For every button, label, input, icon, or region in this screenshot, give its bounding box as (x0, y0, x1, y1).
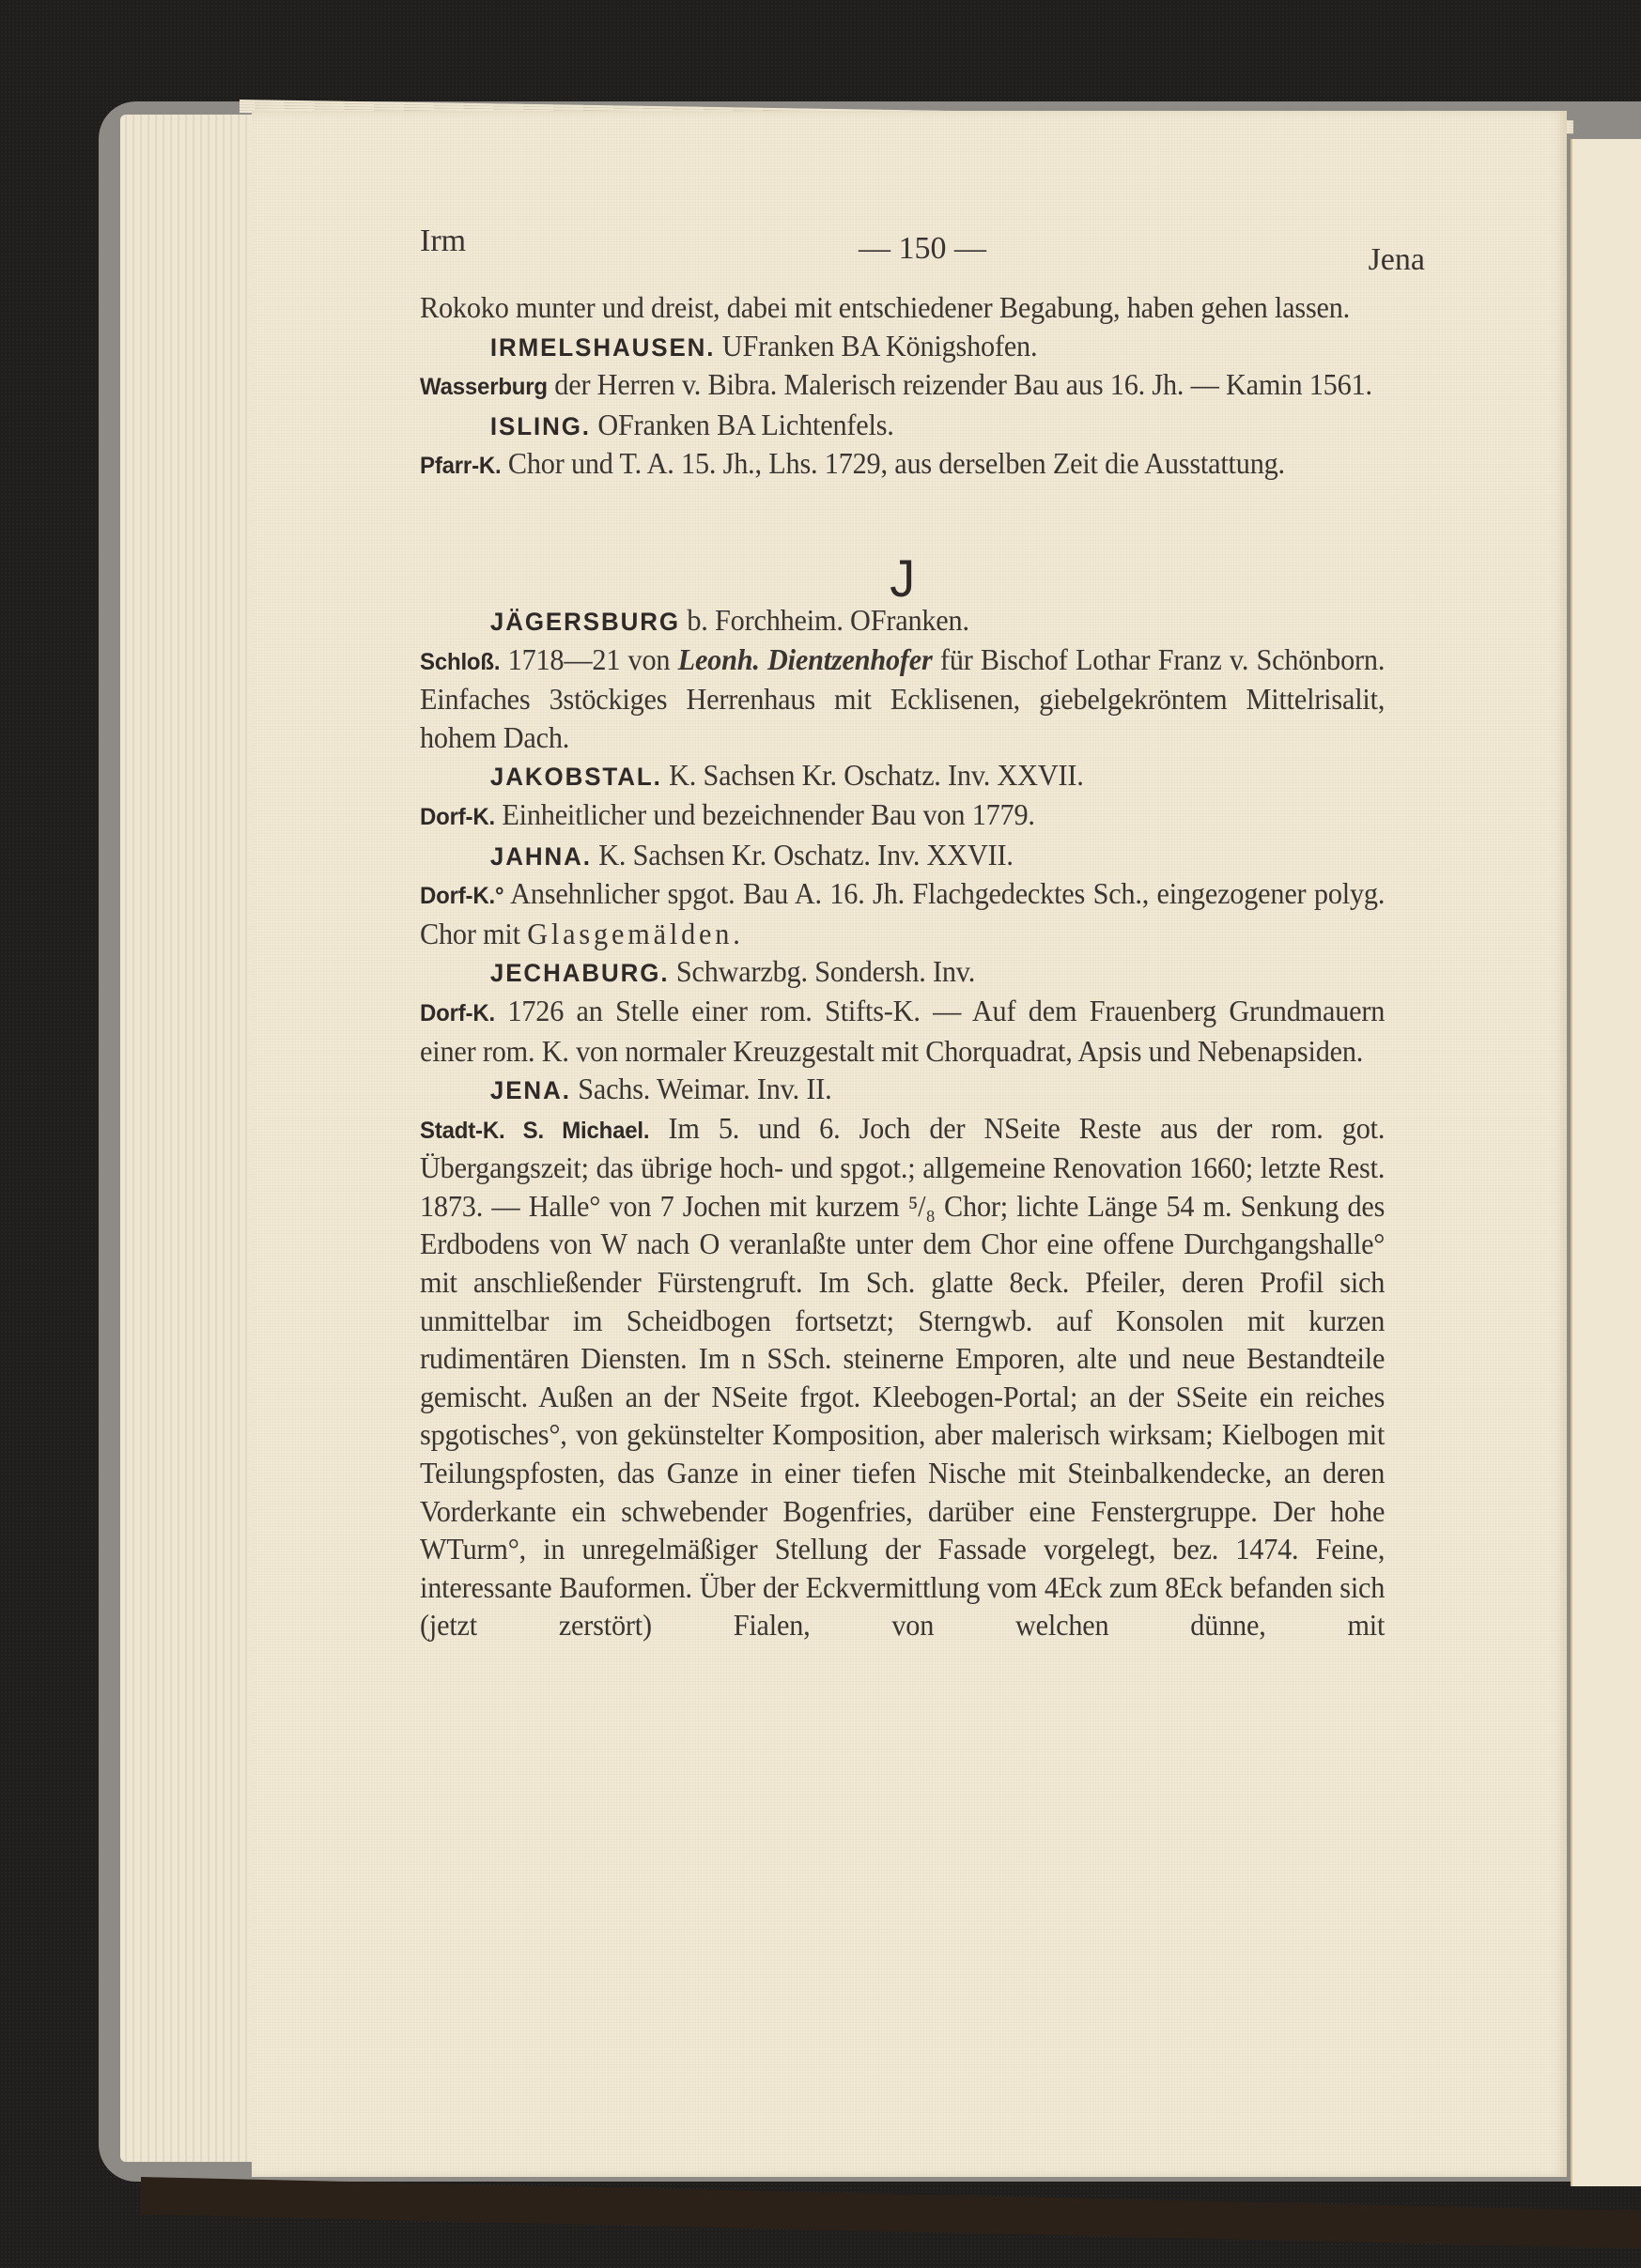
item-text-before: 1718—21 von (508, 643, 671, 676)
place-name: JENA. (490, 1076, 571, 1104)
page-number: — 150 — (420, 231, 1425, 267)
place-name: JAKOBSTAL. (490, 763, 662, 791)
page-stack-edge (120, 115, 252, 2162)
item-label: Wasserburg (420, 374, 548, 400)
place-name: IRMELSHAUSEN. (490, 333, 716, 362)
item-label: Dorf-K.° (420, 883, 503, 909)
entry-heading: ISLING. OFranken BA Lichtenfels. (420, 407, 1385, 446)
place-location: K. Sachsen Kr. Oschatz. Inv. XXVII. (669, 759, 1083, 792)
item-text: 1726 an Stelle einer rom. Stifts-K. — Au… (420, 995, 1385, 1068)
place-name: JECHABURG. (490, 959, 670, 987)
emphasized-text: Glasgemälden (527, 918, 733, 950)
item-label: Pfarr-K. (420, 453, 501, 479)
entry-heading: IRMELSHAUSEN. UFranken BA Königshofen. (420, 328, 1385, 367)
entry-item: Dorf-K. 1726 an Stelle einer rom. Stifts… (420, 993, 1385, 1071)
place-name: JAHNA. (490, 842, 592, 871)
item-text: Chor und T. A. 15. Jh., Lhs. 1729, aus d… (508, 447, 1285, 480)
item-label: Dorf-K. (420, 1000, 495, 1026)
place-location: UFranken BA Königshofen. (722, 330, 1038, 363)
entry-item: Schloß. 1718—21 von Leonh. Dientzenhofer… (420, 641, 1385, 758)
item-text: Einheitlicher und bezeichnender Bau von … (502, 798, 1034, 831)
place-name: ISLING. (490, 412, 591, 440)
entry-item: Pfarr-K. Chor und T. A. 15. Jh., Lhs. 17… (420, 445, 1385, 486)
continued-paragraph: Rokoko munter und dreist, dabei mit ents… (420, 289, 1385, 328)
entry-heading: JECHABURG. Schwarzbg. Sondersh. Inv. (420, 953, 1385, 993)
entry-heading: JAHNA. K. Sachsen Kr. Oschatz. Inv. XXVI… (420, 837, 1385, 876)
item-text: Im 5. und 6. Joch der NSeite Reste aus d… (420, 1112, 1385, 1643)
item-text-after: . (733, 918, 739, 950)
place-location: b. Forchheim. OFranken. (687, 604, 968, 637)
item-label: Schloß. (420, 649, 500, 675)
place-location: K. Sachsen Kr. Oschatz. Inv. XXVII. (598, 839, 1013, 872)
entry-item: Stadt-K. S. Michael. Im 5. und 6. Joch d… (420, 1110, 1385, 1684)
place-location: Sachs. Weimar. Inv. II. (578, 1072, 831, 1105)
item-label: Stadt-K. S. Michael. (420, 1118, 649, 1144)
page-bottom-shadow (141, 2177, 1641, 2248)
running-header: Irm — 150 — Jena (420, 224, 1425, 270)
artist-name: Leonh. Dientzenhofer (678, 643, 933, 676)
entry-heading: JENA. Sachs. Weimar. Inv. II. (420, 1071, 1385, 1110)
header-last-keyword: Jena (1369, 242, 1425, 278)
section-letter: J (420, 486, 1385, 602)
item-label: Dorf-K. (420, 804, 495, 830)
place-name: JÄGERSBURG (490, 608, 680, 636)
entry-item: Wasserburg der Herren v. Bibra. Malerisc… (420, 366, 1385, 407)
entry-item: Dorf-K. Einheitlicher und bezeichnender … (420, 796, 1385, 837)
item-text: der Herren v. Bibra. Malerisch reizender… (554, 368, 1372, 401)
entry-heading: JÄGERSBURG b. Forchheim. OFranken. (420, 602, 1385, 641)
facing-page-edge (1571, 139, 1641, 2186)
entry-heading: JAKOBSTAL. K. Sachsen Kr. Oschatz. Inv. … (420, 757, 1385, 796)
place-location: OFranken BA Lichtenfels. (597, 409, 893, 441)
page-body: Rokoko munter und dreist, dabei mit ents… (420, 289, 1385, 1684)
place-location: Schwarzbg. Sondersh. Inv. (676, 955, 975, 988)
entry-item: Dorf-K.° Ansehnlicher spgot. Bau A. 16. … (420, 875, 1385, 953)
